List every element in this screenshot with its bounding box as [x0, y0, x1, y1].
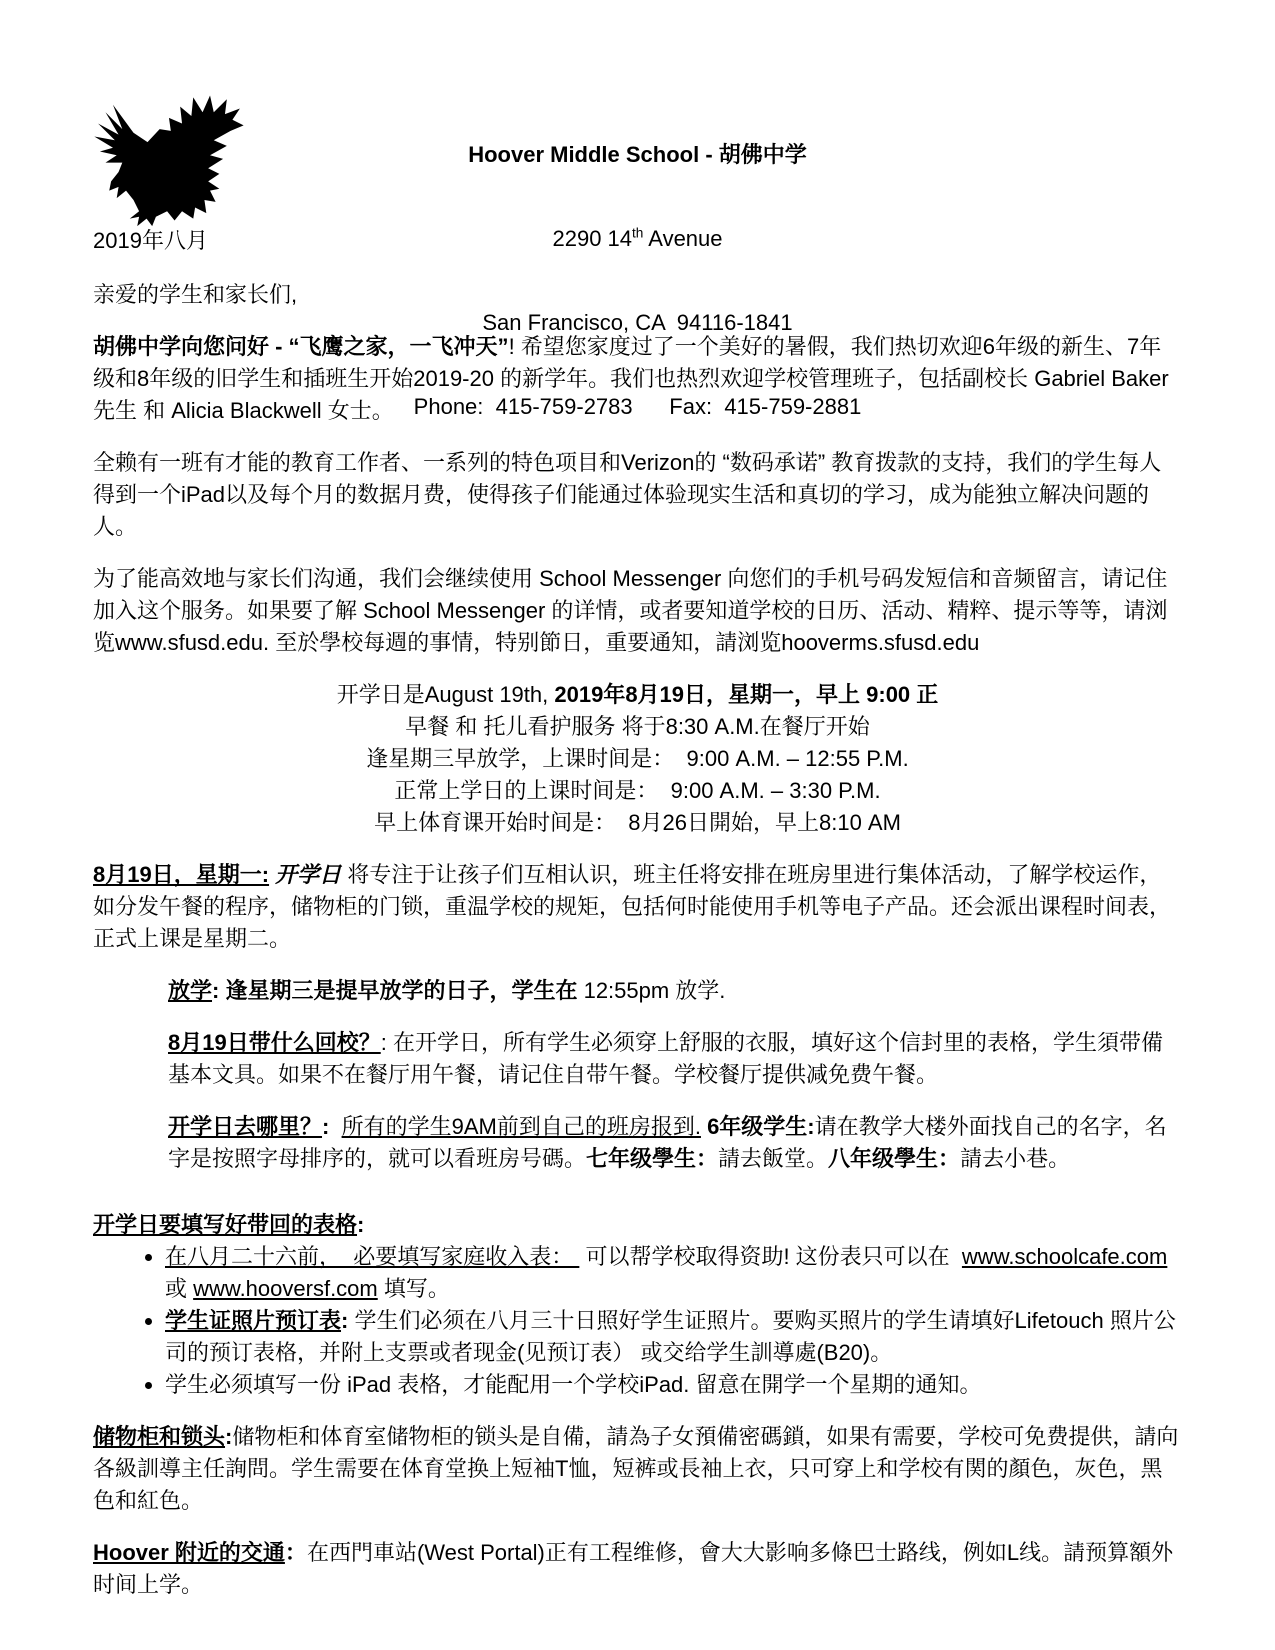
schedule-line-breakfast: 早餐 和 托儿看护服务 将于8:30 A.M.在餐厅开始 — [93, 711, 1182, 743]
form-item-ipad: 学生必须填写一份 iPad 表格，才能配用一个学校iPad. 留意在開学一个星期… — [165, 1369, 1182, 1401]
url-schoolcafe: www.schoolcafe.com — [962, 1244, 1167, 1269]
schedule-line-pe: 早上体育课开始时间是： 8月26日開始，早上8:10 AM — [93, 807, 1182, 839]
schedule-line-wednesday: 逢星期三早放学，上课时间是： 9:00 A.M. – 12:55 P.M. — [93, 743, 1182, 775]
lockers-paragraph: 储物柜和锁头:储物柜和体育室储物柜的锁头是自備，請為子女預備密碼鎖，如果有需要，… — [93, 1421, 1182, 1517]
what-to-bring-paragraph: 8月19日带什么回校？: 在开学日，所有学生必须穿上舒服的衣服，填好这个信封里的… — [168, 1027, 1182, 1091]
eagle-logo-icon — [73, 88, 250, 228]
school-messenger-paragraph: 为了能高效地与家长们沟通，我们会继续使用 School Messenger 向您… — [93, 563, 1182, 659]
school-contact-line: Phone: 415-759-2783 Fax: 415-759-2881 — [93, 393, 1182, 421]
form-item-income: 在八月二十六前， 必要填写家庭收入表： 可以帮学校取得资助! 这份表只可以在 w… — [165, 1241, 1182, 1305]
letterhead-text: Hoover Middle School - 胡佛中学 2290 14th Av… — [93, 85, 1182, 477]
forms-list: 在八月二十六前， 必要填写家庭收入表： 可以帮学校取得资助! 这份表只可以在 w… — [93, 1241, 1182, 1401]
url-hooversf: www.hooversf.com — [193, 1276, 378, 1301]
school-city-line: San Francisco, CA 94116-1841 — [93, 309, 1182, 337]
schedule-line-opening-day: 开学日是August 19th, 2019年8月19日，星期一，早上 9:00 … — [93, 679, 1182, 711]
url-sfusd: www.sfusd.edu — [115, 630, 263, 655]
forms-heading: 开学日要填写好带回的表格: — [93, 1209, 1182, 1241]
letterhead: Hoover Middle School - 胡佛中学 2290 14th Av… — [93, 85, 1182, 225]
dismissal-paragraph: 放学: 逢星期三是提早放学的日子，学生在 12:55pm 放学. — [168, 975, 1182, 1007]
first-day-activities-paragraph: 8月19日，星期一: 开学日 将专注于让孩子们互相认识，班主任将安排在班房里进行… — [93, 859, 1182, 955]
school-address: 2290 14th Avenue — [93, 225, 1182, 253]
letter-page: Hoover Middle School - 胡佛中学 2290 14th Av… — [0, 0, 1275, 1650]
first-day-schedule-block: 开学日是August 19th, 2019年8月19日，星期一，早上 9:00 … — [93, 679, 1182, 839]
where-to-go-paragraph: 开学日去哪里？: 所有的学生9AM前到自己的班房报到. 6年级学生:请在教学大楼… — [168, 1111, 1182, 1175]
form-item-photo: 学生证照片预订表: 学生们必须在八月三十日照好学生证照片。要购买照片的学生请填好… — [165, 1305, 1182, 1369]
url-hooverms: hooverms.sfusd.edu — [781, 630, 979, 655]
transit-paragraph: Hoover 附近的交通：在西門車站(West Portal)正有工程维修，會大… — [93, 1537, 1182, 1601]
school-name: Hoover Middle School - 胡佛中学 — [93, 141, 1182, 169]
schedule-line-regular-day: 正常上学日的上课时间是： 9:00 A.M. – 3:30 P.M. — [93, 775, 1182, 807]
